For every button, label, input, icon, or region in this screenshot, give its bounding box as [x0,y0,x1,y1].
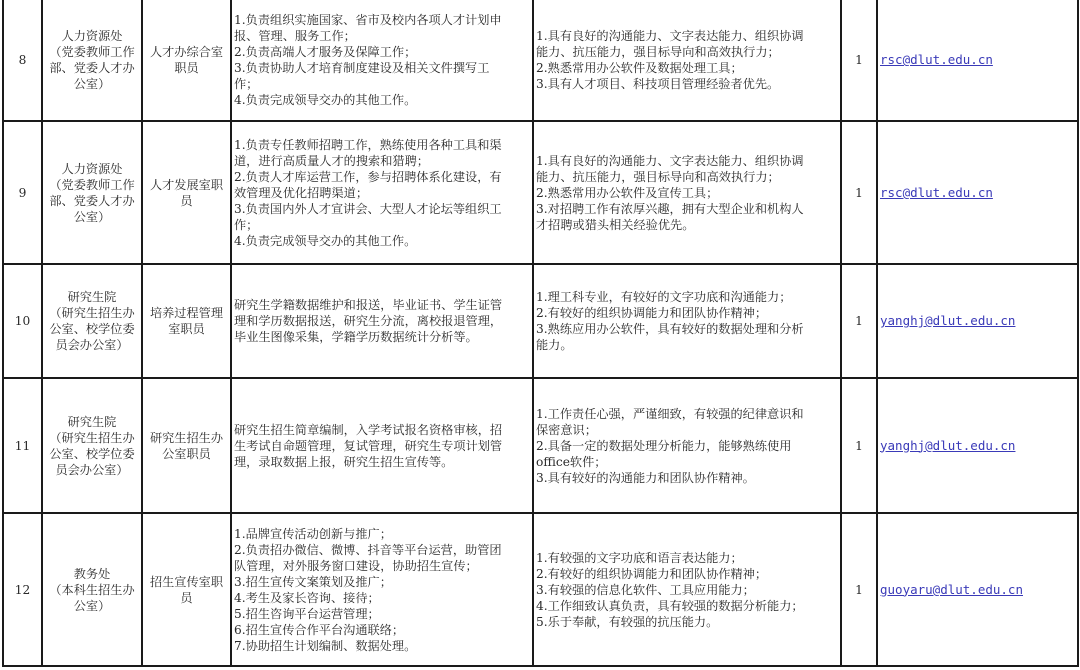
department-cell: 教务处（本科生招生办公室） [42,513,142,666]
requirements-cell-line: 才招聘或猎头相关经验优先。 [536,217,838,233]
duties-cell-line: 作； [234,76,530,92]
duties-cell-line: 理和学历数据报送，研究生分流，离校报退管理， [234,313,530,329]
position-cell-line: 人才办综合室 [145,44,228,60]
requirements-cell-line: 1.理工科专业，有较好的文字功底和沟通能力； [536,289,838,305]
requirements-cell-line: 2.熟悉常用办公软件及数据处理工具； [536,60,838,76]
position-cell-line: 员 [145,590,228,606]
email-link[interactable]: rsc@dlut.edu.cn [880,185,993,200]
requirements-cell-line: 2.具备一定的数据处理分析能力，能够熟练使用 [536,438,838,454]
department-cell-line: （党委教师工作 [45,177,139,193]
requirements-cell-line: 能力、抗压能力，强目标导向和高效执行力； [536,169,838,185]
duties-cell-line: 1.品牌宣传活动创新与推广； [234,526,530,542]
department-cell: 人力资源处（党委教师工作部、党委人才办公室） [42,0,142,121]
row-number: 10 [3,264,42,378]
email-link[interactable]: guoyaru@dlut.edu.cn [880,582,1023,597]
duties-cell-line: 2.负责高端人才服务及保障工作； [234,44,530,60]
requirements-cell-line: 3.具有人才项目、科技项目管理经验者优先。 [536,76,838,92]
requirements-cell: 1.具有良好的沟通能力、文字表达能力、组织协调能力、抗压能力，强目标导向和高效执… [533,121,841,264]
duties-cell-line: 研究生学籍数据维护和报送，毕业证书、学生证管 [234,297,530,313]
department-cell-line: （党委教师工作 [45,44,139,60]
duties-cell-line: 毕业生图像采集，学籍学历数据统计分析等。 [234,329,530,345]
requirements-cell-line: 2.有较好的组织协调能力和团队协作精神； [536,566,838,582]
position-cell-line: 培养过程管理 [145,305,228,321]
duties-cell-line: 道，进行高质量人才的搜索和猎聘； [234,153,530,169]
duties-cell-line: 2.负责招办微信、微博、抖音等平台运营，助管团 [234,542,530,558]
position-cell: 人才办综合室职员 [142,0,231,121]
duties-cell-line: 1.负责专任教师招聘工作，熟练使用各种工具和渠 [234,137,530,153]
department-cell-line: （研究生招生办 [45,305,139,321]
table-row: 11研究生院（研究生招生办公室、校学位委员会办公室）研究生招生办公室职员研究生招… [3,378,1078,513]
position-cell-line: 室职员 [145,321,228,337]
duties-cell-line: 1.负责组织实施国家、省市及校内各项人才计划申 [234,12,530,28]
position-cell: 招生宣传室职员 [142,513,231,666]
requirements-cell-line: 能力、抗压能力，强目标导向和高效执行力； [536,44,838,60]
department-cell-line: 公室） [45,598,139,614]
department-cell-line: 人力资源处 [45,161,139,177]
duties-cell-line: 生考试自命题管理，复试管理，研究生专项计划管 [234,438,530,454]
position-cell: 研究生招生办公室职员 [142,378,231,513]
duties-cell-line: 3.负责协助人才培育制度建设及相关文件撰写工 [234,60,530,76]
department-cell-line: 公室） [45,209,139,225]
department-cell-line: 员会办公室） [45,337,139,353]
row-number: 9 [3,121,42,264]
requirements-cell-line: 1.具有良好的沟通能力、文字表达能力、组织协调 [536,28,838,44]
duties-cell: 1.负责专任教师招聘工作，熟练使用各种工具和渠道，进行高质量人才的搜索和猎聘；2… [231,121,533,264]
position-cell-line: 员 [145,193,228,209]
department-cell-line: （研究生招生办 [45,430,139,446]
headcount-cell: 1 [841,121,877,264]
email-cell: guoyaru@dlut.edu.cn [877,513,1078,666]
email-link[interactable]: yanghj@dlut.edu.cn [880,313,1015,328]
duties-cell-line: 4.负责完成领导交办的其他工作。 [234,233,530,249]
position-cell: 培养过程管理室职员 [142,264,231,378]
headcount-cell: 1 [841,264,877,378]
table-row: 8人力资源处（党委教师工作部、党委人才办公室）人才办综合室职员1.负责组织实施国… [3,0,1078,121]
department-cell-line: （本科生招生办 [45,582,139,598]
table-row: 9人力资源处（党委教师工作部、党委人才办公室）人才发展室职员1.负责专任教师招聘… [3,121,1078,264]
department-cell-line: 部、党委人才办 [45,193,139,209]
email-cell: yanghj@dlut.edu.cn [877,264,1078,378]
department-cell-line: 公室、校学位委 [45,446,139,462]
duties-cell-line: 5.招生咨询平台运营管理； [234,606,530,622]
department-cell-line: 教务处 [45,566,139,582]
row-number: 11 [3,378,42,513]
position-cell: 人才发展室职员 [142,121,231,264]
requirements-cell: 1.理工科专业，有较好的文字功底和沟通能力；2.有较好的组织协调能力和团队协作精… [533,264,841,378]
duties-cell: 研究生招生简章编制，入学考试报名资格审核，招生考试自命题管理，复试管理，研究生专… [231,378,533,513]
duties-cell-line: 4.考生及家长咨询、接待； [234,590,530,606]
requirements-cell-line: 1.有较强的文字功底和语言表达能力； [536,550,838,566]
requirements-cell-line: 3.具有较好的沟通能力和团队协作精神。 [536,470,838,486]
headcount-cell: 1 [841,513,877,666]
department-cell-line: 研究生院 [45,414,139,430]
requirements-cell: 1.工作责任心强，严谨细致，有较强的纪律意识和保密意识；2.具备一定的数据处理分… [533,378,841,513]
department-cell: 研究生院（研究生招生办公室、校学位委员会办公室） [42,264,142,378]
department-cell: 研究生院（研究生招生办公室、校学位委员会办公室） [42,378,142,513]
requirements-cell-line: 能力。 [536,337,838,353]
requirements-cell-line: 3.熟练应用办公软件，具有较好的数据处理和分析 [536,321,838,337]
requirements-cell-line: 4.工作细致认真负责，具有较强的数据分析能力； [536,598,838,614]
requirements-cell-line: 2.熟悉常用办公软件及宣传工具； [536,185,838,201]
requirements-cell: 1.有较强的文字功底和语言表达能力；2.有较好的组织协调能力和团队协作精神；3.… [533,513,841,666]
requirements-cell-line: 2.有较好的组织协调能力和团队协作精神； [536,305,838,321]
requirements-cell-line: office软件； [536,454,838,470]
duties-cell-line: 报、管理、服务工作； [234,28,530,44]
department-cell: 人力资源处（党委教师工作部、党委人才办公室） [42,121,142,264]
duties-cell-line: 作； [234,217,530,233]
duties-cell-line: 2.负责人才库运营工作，参与招聘体系化建设，有 [234,169,530,185]
duties-cell: 研究生学籍数据维护和报送，毕业证书、学生证管理和学历数据报送，研究生分流，离校报… [231,264,533,378]
duties-cell: 1.品牌宣传活动创新与推广；2.负责招办微信、微博、抖音等平台运营，助管团队管理… [231,513,533,666]
email-cell: rsc@dlut.edu.cn [877,0,1078,121]
department-cell-line: 员会办公室） [45,462,139,478]
email-cell: rsc@dlut.edu.cn [877,121,1078,264]
requirements-cell-line: 3.有较强的信息化软件、工具应用能力； [536,582,838,598]
duties-cell-line: 6.招生宣传合作平台沟通联络； [234,622,530,638]
department-cell-line: 公室、校学位委 [45,321,139,337]
email-link[interactable]: rsc@dlut.edu.cn [880,52,993,67]
position-cell-line: 研究生招生办 [145,430,228,446]
department-cell-line: 公室） [45,76,139,92]
duties-cell-line: 3.负责国内外人才宣讲会、大型人才论坛等组织工 [234,201,530,217]
duties-cell-line: 队管理，对外服务窗口建设，协助招生宣传； [234,558,530,574]
department-cell-line: 研究生院 [45,289,139,305]
requirements-cell-line: 3.对招聘工作有浓厚兴趣，拥有大型企业和机构人 [536,201,838,217]
row-number: 8 [3,0,42,121]
headcount-cell: 1 [841,378,877,513]
department-cell-line: 部、党委人才办 [45,60,139,76]
headcount-cell: 1 [841,0,877,121]
duties-cell-line: 4.负责完成领导交办的其他工作。 [234,92,530,108]
requirements-cell-line: 1.工作责任心强，严谨细致，有较强的纪律意识和 [536,406,838,422]
position-cell-line: 公室职员 [145,446,228,462]
table-body: 8人力资源处（党委教师工作部、党委人才办公室）人才办综合室职员1.负责组织实施国… [3,0,1078,666]
department-cell-line: 人力资源处 [45,28,139,44]
job-postings-table: 8人力资源处（党委教师工作部、党委人才办公室）人才办综合室职员1.负责组织实施国… [2,0,1079,667]
duties-cell-line: 效管理及优化招聘渠道； [234,185,530,201]
requirements-cell-line: 保密意识； [536,422,838,438]
position-cell-line: 人才发展室职 [145,177,228,193]
requirements-cell-line: 5.乐于奉献，有较强的抗压能力。 [536,614,838,630]
duties-cell-line: 7.协助招生计划编制、数据处理。 [234,638,530,654]
table-row: 12教务处（本科生招生办公室）招生宣传室职员1.品牌宣传活动创新与推广；2.负责… [3,513,1078,666]
email-cell: yanghj@dlut.edu.cn [877,378,1078,513]
position-cell-line: 职员 [145,60,228,76]
row-number: 12 [3,513,42,666]
duties-cell-line: 研究生招生简章编制，入学考试报名资格审核，招 [234,422,530,438]
email-link[interactable]: yanghj@dlut.edu.cn [880,438,1015,453]
requirements-cell-line: 1.具有良好的沟通能力、文字表达能力、组织协调 [536,153,838,169]
requirements-cell: 1.具有良好的沟通能力、文字表达能力、组织协调能力、抗压能力，强目标导向和高效执… [533,0,841,121]
table-row: 10研究生院（研究生招生办公室、校学位委员会办公室）培养过程管理室职员研究生学籍… [3,264,1078,378]
duties-cell-line: 3.招生宣传文案策划及推广； [234,574,530,590]
position-cell-line: 招生宣传室职 [145,574,228,590]
duties-cell-line: 理，录取数据上报，研究生招生宣传等。 [234,454,530,470]
duties-cell: 1.负责组织实施国家、省市及校内各项人才计划申报、管理、服务工作；2.负责高端人… [231,0,533,121]
